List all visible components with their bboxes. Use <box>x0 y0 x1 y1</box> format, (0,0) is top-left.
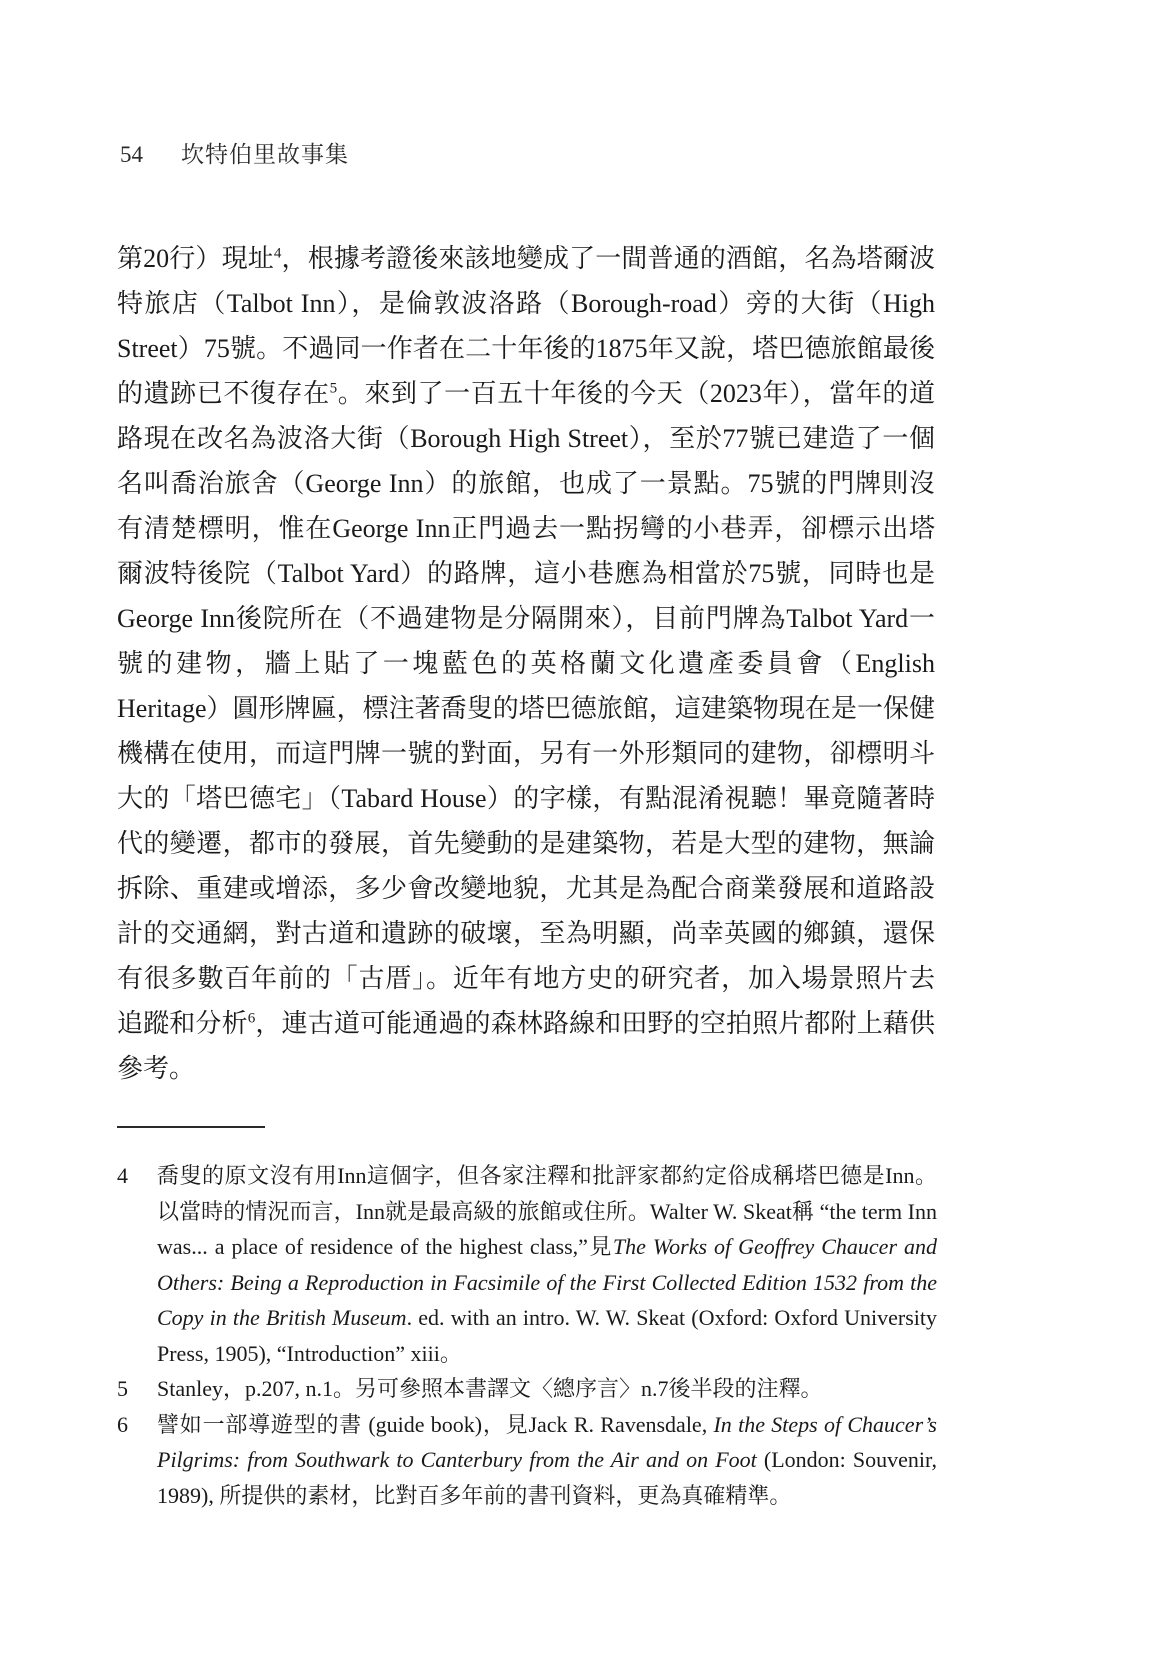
page-header: 54坎特伯里故事集 <box>120 136 349 169</box>
footnote-number: 6 <box>117 1407 157 1514</box>
footnotes-section: 4 喬叟的原文沒有用Inn這個字，但各家注釋和批評家都約定俗成稱塔巴德是Inn。… <box>117 1158 937 1513</box>
footnote-text: 譬如一部導遊型的書 (guide book)，見Jack R. Ravensda… <box>157 1407 937 1514</box>
footnote-item-4: 4 喬叟的原文沒有用Inn這個字，但各家注釋和批評家都約定俗成稱塔巴德是Inn。… <box>117 1158 937 1371</box>
footnote-text: Stanley，p.207, n.1。另可參照本書譯文〈總序言〉n.7後半段的注… <box>157 1371 937 1407</box>
footnote-text: 喬叟的原文沒有用Inn這個字，但各家注釋和批評家都約定俗成稱塔巴德是Inn。以當… <box>157 1158 937 1371</box>
page-number: 54 <box>120 142 143 168</box>
footnote-number: 4 <box>117 1158 157 1371</box>
book-page: 54坎特伯里故事集 第20行）現址4，根據考證後來該地變成了一間普通的酒館，名為… <box>0 0 1164 1675</box>
footnote-item-5: 5 Stanley，p.207, n.1。另可參照本書譯文〈總序言〉n.7後半段… <box>117 1371 937 1407</box>
footnote-separator <box>117 1126 265 1128</box>
running-title: 坎特伯里故事集 <box>181 142 349 167</box>
body-paragraph: 第20行）現址4，根據考證後來該地變成了一間普通的酒館，名為塔爾波特旅店（Tal… <box>117 236 935 1091</box>
footnote-number: 5 <box>117 1371 157 1407</box>
footnote-item-6: 6 譬如一部導遊型的書 (guide book)，見Jack R. Ravens… <box>117 1407 937 1514</box>
